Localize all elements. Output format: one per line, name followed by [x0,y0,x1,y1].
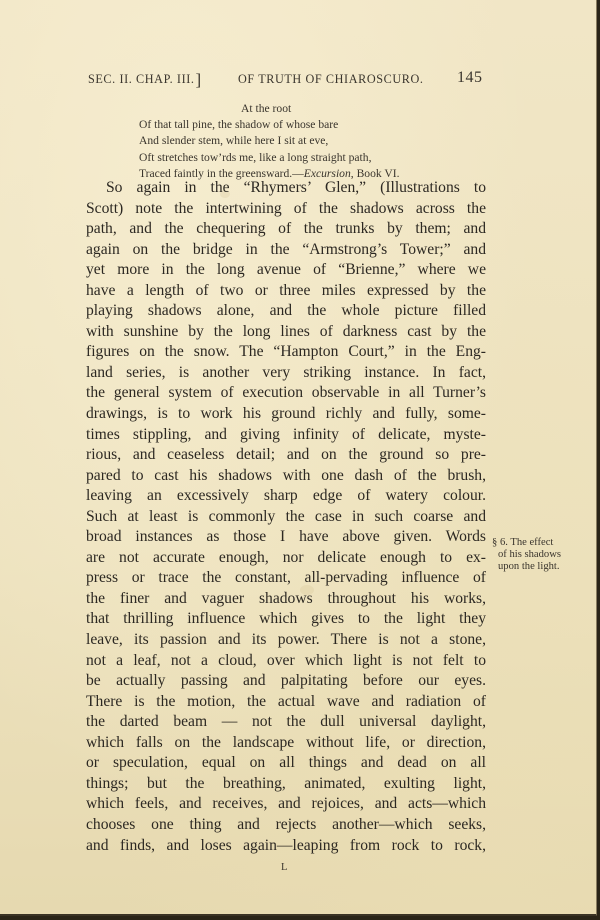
text-line: pared to cast his shadows with one dash … [86,466,486,487]
printer-signature-mark: L [281,862,288,873]
sidenote-line: of his shadows [492,549,572,561]
text-line: the finer and vaguer shadows throughout … [86,589,486,610]
body-paragraph: So again in the “Rhymers’ Glen,” (Illust… [86,178,486,856]
text-line: again on the bridge in the “Armstrong’s … [86,240,486,261]
text-line: and finds, and loses again—leaping from … [86,836,486,857]
text-line: the darted beam — not the dull universal… [86,712,486,733]
text-line: with sunshine by the long lines of darkn… [86,322,486,343]
running-title: OF TRUTH OF CHIAROSCURO. [238,72,424,87]
text-line: Scott) note the intertwining of the shad… [86,199,486,220]
page-number: 145 [457,69,483,87]
text-line: leaving an excessively sharp edge of wat… [86,486,486,507]
text-line: have a length of two or three miles expr… [86,281,486,302]
text-line: things; but the breathing, animated, exu… [86,774,486,795]
text-line: times stippling, and giving infinity of … [86,425,486,446]
text-line: figures on the snow. The “Hampton Court,… [86,342,486,363]
text-line: rious, and ceaseless detail; and on the … [86,445,486,466]
text-line: playing shadows alone, and the whole pic… [86,301,486,322]
text-line: So again in the “Rhymers’ Glen,” (Illust… [86,178,486,199]
section-chapter-label: SEC. II. CHAP. III.] [88,72,202,87]
text-line: leave, its passion and its power. There … [86,630,486,651]
text-line: not a leaf, not a cloud, over which ligh… [86,651,486,672]
poem-line: Of that tall pine, the shadow of whose b… [139,117,400,133]
poem-line: At the root [139,101,400,117]
text-line: that thrilling influence which gives to … [86,609,486,630]
margin-sidenote: § 6. The effect of his shadows upon the … [492,537,572,574]
poem-quotation: At the root Of that tall pine, the shado… [139,101,400,182]
text-line: path, and the chequering of the trunks b… [86,219,486,240]
book-page: SEC. II. CHAP. III.] OF TRUTH OF CHIAROS… [0,0,597,916]
sidenote-line: upon the light. [492,561,572,573]
text-line: There is the motion, the actual wave and… [86,692,486,713]
text-line: press or trace the constant, all-pervadi… [86,568,486,589]
poem-line: Oft stretches tow’rds me, like a long st… [139,150,400,166]
text-line: which falls on the landscape without lif… [86,733,486,754]
text-line: which feels, and receives, and rejoices,… [86,794,486,815]
text-line: Such at least is commonly the case in su… [86,507,486,528]
text-line: drawings, is to work his ground richly a… [86,404,486,425]
text-line: chooses one thing and rejects another—wh… [86,815,486,836]
closing-bracket: ] [196,75,202,85]
text-line: the general system of execution observab… [86,383,486,404]
text-line: yet more in the long avenue of “Brienne,… [86,260,486,281]
text-line: or speculation, equal on all things and … [86,753,486,774]
text-line: be actually passing and palpitating befo… [86,671,486,692]
poem-line: And slender stem, while here I sit at ev… [139,133,400,149]
text-line: broad instances as those I have above gi… [86,527,486,548]
text-line: are not accurate enough, nor delicate en… [86,548,486,569]
sidenote-line: § 6. The effect [492,537,572,549]
text-line: land series, is another very striking in… [86,363,486,384]
